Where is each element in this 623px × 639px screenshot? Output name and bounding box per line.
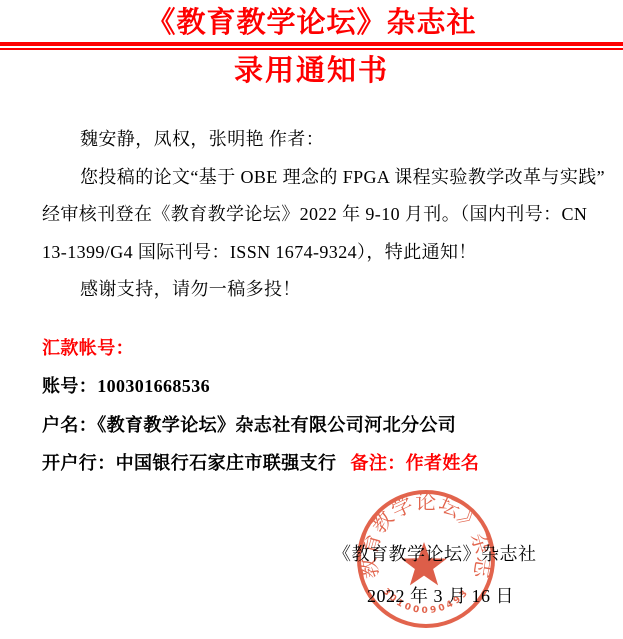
payment-info: 汇款帐号： 账号：100301668536 户名：《教育教学论坛》杂志社有限公司…	[42, 329, 479, 483]
letter-body-line: 13-1399/G4 国际刊号：ISSN 1674-9324），特此通知！	[42, 234, 593, 272]
letter-body-line: 魏安静，凤权，张明艳 作者：	[42, 121, 593, 159]
magazine-title: 《教育教学论坛》杂志社	[0, 0, 623, 40]
signature-organization: 《教育教学论坛》杂志社	[333, 540, 537, 566]
bank-label: 开户行：	[42, 453, 116, 473]
payment-section-label: 汇款帐号：	[42, 329, 479, 367]
notice-title: 录用通知书	[0, 54, 623, 88]
account-number-row: 账号：100301668536	[42, 367, 479, 405]
letter-body: 魏安静，凤权，张明艳 作者： 您投稿的论文“基于 OBE 理念的 FPGA 课程…	[42, 121, 593, 309]
account-holder-row: 户名：《教育教学论坛》杂志社有限公司河北分公司	[42, 406, 479, 444]
holder-name: 《教育教学论坛》杂志社有限公司河北分公司	[97, 415, 456, 435]
letter-body-line: 感谢支持，请勿一稿多投！	[42, 271, 593, 309]
account-number: 100301668536	[97, 376, 210, 396]
title-divider	[0, 42, 623, 50]
remark-note: 备注：作者姓名	[350, 453, 479, 473]
letter-body-line: 经审核刊登在《教育教学论坛》2022 年 9-10 月刊。（国内刊号：CN	[42, 196, 593, 234]
account-label: 账号：	[42, 376, 97, 396]
letter-body-line: 您投稿的论文“基于 OBE 理念的 FPGA 课程实验教学改革与实践”	[42, 159, 593, 197]
holder-label: 户名：	[42, 415, 97, 435]
bank-row: 开户行：中国银行石家庄市联强支行备注：作者姓名	[42, 444, 479, 482]
bank-name: 中国银行石家庄市联强支行	[116, 453, 337, 473]
acceptance-letter-page: 《教育教学论坛》杂志社 录用通知书 魏安静，凤权，张明艳 作者： 您投稿的论文“…	[0, 0, 623, 639]
signature-date: 2022 年 3 月 16 日	[367, 582, 514, 608]
